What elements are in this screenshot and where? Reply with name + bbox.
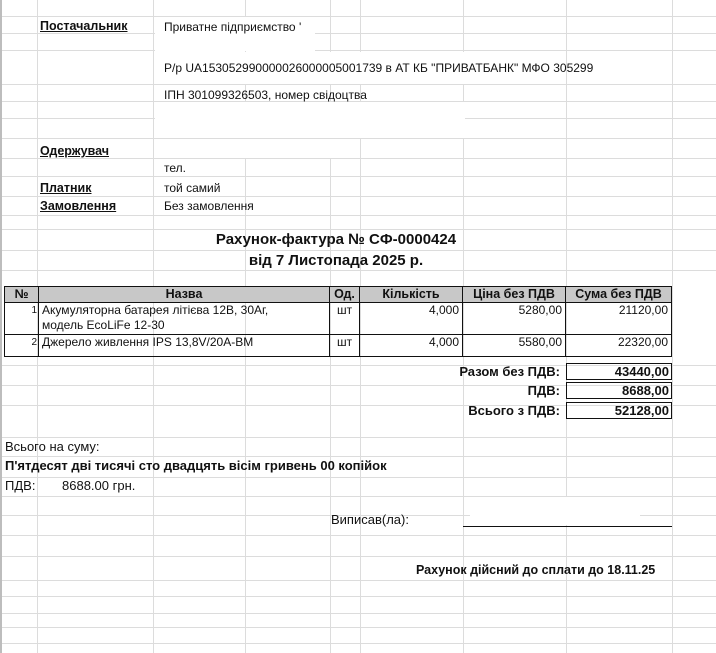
row-qty: 4,000 [360, 335, 463, 357]
row-sum: 22320,00 [566, 335, 672, 357]
redaction [155, 139, 345, 158]
summary-vat-label: ПДВ: [5, 479, 35, 493]
amount-label: Всього на суму: [5, 440, 100, 454]
total-label: Всього з ПДВ: [360, 403, 560, 418]
redaction [155, 102, 465, 138]
subtotal-label: Разом без ПДВ: [360, 364, 560, 379]
table-row: 1 Акумуляторна батарея літієва 12В, 30Аг… [5, 303, 672, 335]
redaction [470, 497, 640, 525]
row-unit: шт [330, 335, 360, 357]
col-header-name: Назва [39, 287, 330, 303]
recipient-phone: тел. [164, 161, 186, 175]
order-label: Замовлення [40, 199, 116, 213]
supplier-tax-id: ІПН 301099326503, номер свідоцтва [164, 88, 367, 102]
row-unit: шт [330, 303, 360, 335]
subtotal-value: 43440,00 [566, 363, 672, 380]
sheet-edge [0, 0, 2, 653]
signature-line [463, 526, 672, 527]
validity-note: Рахунок дійсний до сплати до 18.11.25 [416, 563, 655, 577]
vat-label: ПДВ: [360, 383, 560, 398]
col-header-no: № [5, 287, 39, 303]
vat-value: 8688,00 [566, 382, 672, 399]
row-price: 5280,00 [463, 303, 566, 335]
items-table: № Назва Од. Кількість Ціна без ПДВ Сума … [4, 286, 672, 357]
row-no: 1 [5, 303, 39, 335]
invoice-title: Рахунок-фактура № СФ-0000424 [0, 231, 672, 248]
col-header-qty: Кількість [360, 287, 463, 303]
order-value: Без замовлення [164, 199, 254, 213]
col-header-price: Ціна без ПДВ [463, 287, 566, 303]
supplier-label: Постачальник [40, 19, 128, 33]
col-header-sum: Сума без ПДВ [566, 287, 672, 303]
payer-label: Платник [40, 181, 92, 195]
row-no: 2 [5, 335, 39, 357]
row-name-line1: Акумуляторна батарея літієва 12В, 30Аг, [42, 303, 326, 318]
row-sum: 21120,00 [566, 303, 672, 335]
amount-words: П'ятдесят дві тисячі сто двадцять вісім … [5, 459, 387, 473]
summary-vat-value: 8688.00 грн. [62, 479, 135, 493]
row-name: Акумуляторна батарея літієва 12В, 30Аг, … [39, 303, 330, 335]
row-price: 5580,00 [463, 335, 566, 357]
supplier-name: Приватне підприємство ' [164, 20, 301, 34]
row-name-line1: Джерело живлення IPS 13,8V/20A-BM [42, 335, 326, 350]
table-header-row: № Назва Од. Кількість Ціна без ПДВ Сума … [5, 287, 672, 303]
invoice-date: від 7 Листопада 2025 р. [0, 252, 672, 269]
row-name: Джерело живлення IPS 13,8V/20A-BM [39, 335, 330, 357]
total-value: 52128,00 [566, 402, 672, 419]
row-qty: 4,000 [360, 303, 463, 335]
row-name-line2: модель EcoLiFe 12-30 [42, 318, 326, 333]
supplier-account: Р/р UA153052990000026000005001739 в АТ К… [164, 61, 593, 75]
recipient-label: Одержувач [40, 144, 109, 158]
table-row: 2 Джерело живлення IPS 13,8V/20A-BM шт 4… [5, 335, 672, 357]
payer-value: той самий [164, 181, 220, 195]
col-header-unit: Од. [330, 287, 360, 303]
signature-label: Виписав(ла): [331, 513, 409, 527]
